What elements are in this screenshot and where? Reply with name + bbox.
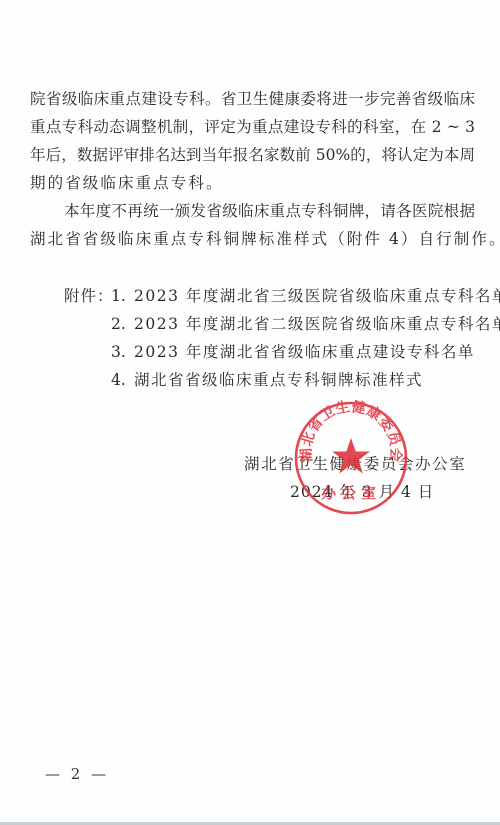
page-number: — 2 — [45, 765, 109, 783]
attachment-number: 1. [111, 286, 134, 306]
attachment-title: 湖北省省级临床重点专科铜牌标准样式 [134, 371, 423, 389]
document-page: 院省级临床重点建设专科。省卫生健康委将进一步完善省级临床 重点专科动态调整机制，… [0, 0, 500, 825]
paragraph-line: 重点专科动态调整机制，评定为重点建设专科的科室，在 2 ~ 3 [30, 117, 475, 137]
attachment-number: 3. [111, 342, 134, 362]
attachment-number: 4. [111, 370, 134, 390]
paragraph-line: 本年度不再统一颁发省级临床重点专科铜牌，请各医院根据 [64, 201, 475, 221]
paragraph-line: 期的省级临床重点专科。 [30, 173, 475, 193]
attachment-title: 2023 年度湖北省省级临床重点建设专科名单 [134, 343, 475, 361]
signature-date: 2024 年 3 月 4 日 [290, 482, 434, 502]
attachment-title: 2023 年度湖北省三级医院省级临床重点专科名单 [134, 287, 500, 305]
attachment-item-3: 3.2023 年度湖北省省级临床重点建设专科名单 [111, 342, 475, 362]
attachments-label: 附件： [64, 286, 114, 306]
attachment-item-1: 1.2023 年度湖北省三级医院省级临床重点专科名单 [111, 286, 500, 306]
attachment-item-2: 2.2023 年度湖北省二级医院省级临床重点专科名单 [111, 314, 500, 334]
signature-organization: 湖北省卫生健康委员会办公室 [244, 454, 466, 474]
attachment-number: 2. [111, 314, 134, 334]
paragraph-line: 年后，数据评审排名达到当年报名家数前 50%的，将认定为本周 [30, 145, 475, 165]
attachment-title: 2023 年度湖北省二级医院省级临床重点专科名单 [134, 315, 500, 333]
paragraph-line: 院省级临床重点建设专科。省卫生健康委将进一步完善省级临床 [30, 89, 475, 109]
paragraph-line: 湖北省省级临床重点专科铜牌标准样式（附件 4）自行制作。 [30, 229, 475, 249]
attachment-item-4: 4.湖北省省级临床重点专科铜牌标准样式 [111, 370, 423, 390]
